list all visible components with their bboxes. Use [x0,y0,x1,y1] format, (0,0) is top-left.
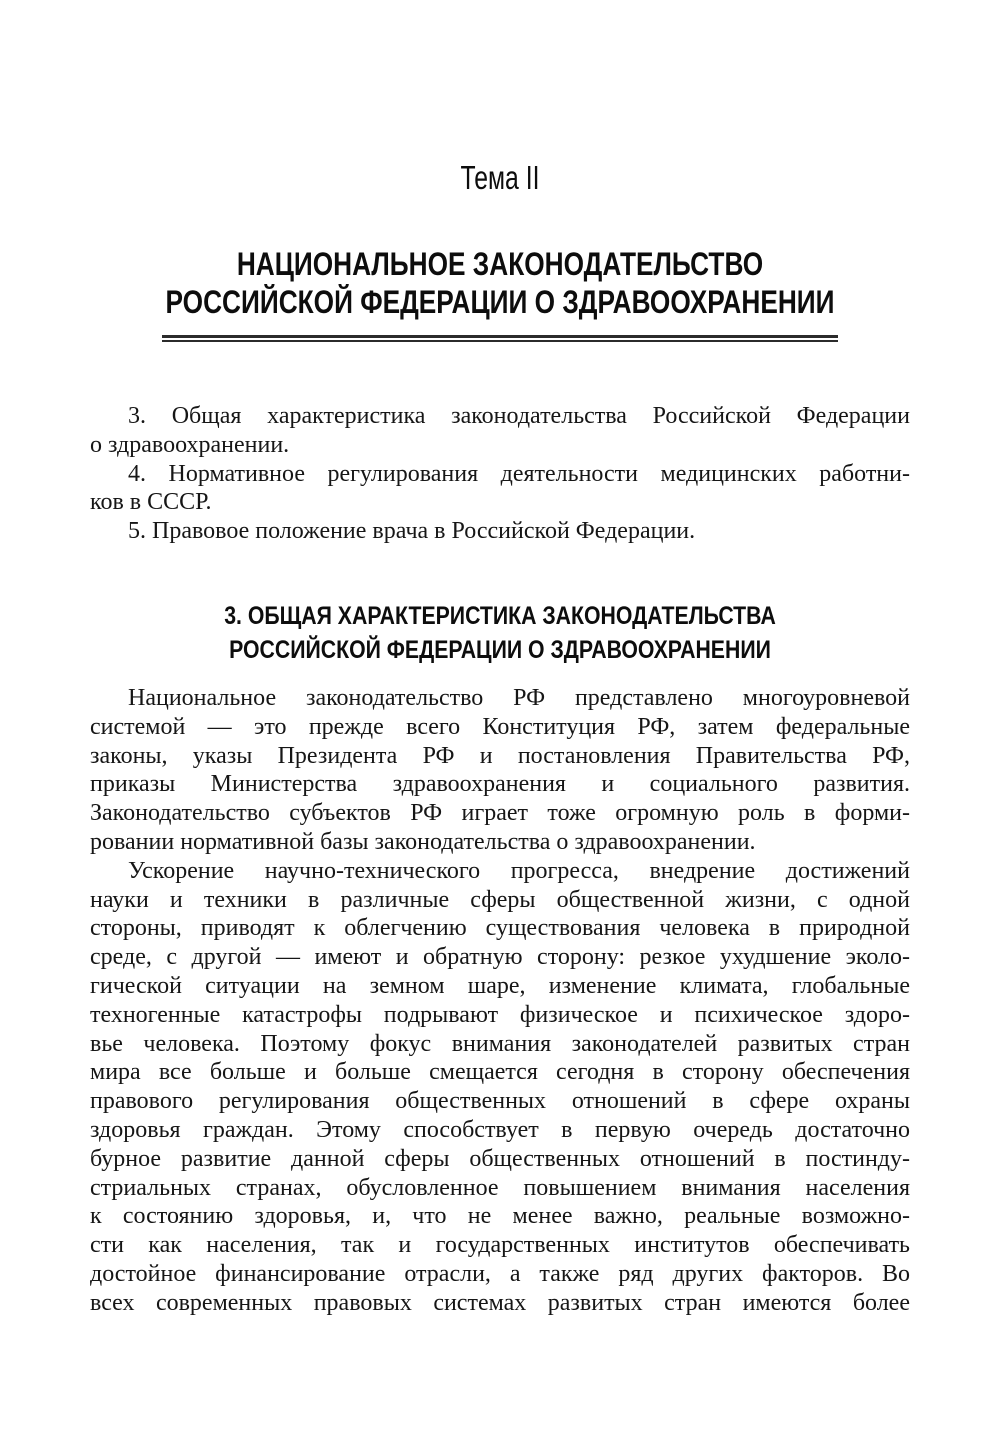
paragraph-line: достойное финансирование отрасли, а такж… [90,1260,910,1289]
book-page: Тема II НАЦИОНАЛЬНОЕ ЗАКОНОДАТЕЛЬСТВОРОС… [0,0,1000,1433]
section-heading-line: 3. ОБЩАЯ ХАРАКТЕРИСТИКА ЗАКОНОДАТЕЛЬСТВА [75,599,925,633]
paragraph-line: стриальных странах, обусловленное повыше… [90,1174,910,1203]
paragraph-line: мира все больше и больше смещается сегод… [90,1058,910,1087]
lecture-questions-list: 3. Общая характеристика законодательства… [90,402,910,546]
body-paragraphs: Национальное законодательство РФ предста… [90,684,910,1318]
paragraph-line: ровании нормативной базы законодательств… [90,828,910,857]
paragraph-line: законы, указы Президента РФ и постановле… [90,742,910,771]
chapter-title-line: РОССИЙСКОЙ ФЕДЕРАЦИИ О ЗДРАВООХРАНЕНИИ [90,283,910,321]
lecture-question-item: 5. Правовое положение врача в Российской… [90,517,910,546]
section-heading: 3. ОБЩАЯ ХАРАКТЕРИСТИКА ЗАКОНОДАТЕЛЬСТВА… [0,599,1000,667]
paragraph-line: Ускорение научно-технического прогресса,… [90,857,910,886]
paragraph-line: правового регулирования общественных отн… [90,1087,910,1116]
paragraph: Ускорение научно-технического прогресса,… [90,857,910,1318]
paragraph-line: стороны, приводят к облегчению существов… [90,914,910,943]
lecture-question-line: 4. Нормативное регулирования деятельност… [90,460,910,489]
title-divider-rule [162,335,838,342]
paragraph-line: техногенные катастрофы подрывают физичес… [90,1001,910,1030]
paragraph-line: среде, с другой — имеют и обратную сторо… [90,943,910,972]
paragraph-line: системой — это прежде всего Конституция … [90,713,910,742]
paragraph-line: к состоянию здоровья, и, что не менее ва… [90,1202,910,1231]
paragraph: Национальное законодательство РФ предста… [90,684,910,857]
paragraph-line: всех современных правовых системах разви… [90,1289,910,1318]
lecture-question-line: ков в СССР. [90,488,910,517]
lecture-question-item: 3. Общая характеристика законодательства… [90,402,910,460]
lecture-question-line: 5. Правовое положение врача в Российской… [90,517,910,546]
lecture-question-item: 4. Нормативное регулирования деятельност… [90,460,910,518]
paragraph-line: сти как населения, так и государственных… [90,1231,910,1260]
section-heading-line: РОССИЙСКОЙ ФЕДЕРАЦИИ О ЗДРАВООХРАНЕНИИ [75,633,925,667]
chapter-title-line: НАЦИОНАЛЬНОЕ ЗАКОНОДАТЕЛЬСТВО [90,245,910,283]
paragraph-line: Национальное законодательство РФ предста… [90,684,910,713]
paragraph-line: здоровья граждан. Этому способствует в п… [90,1116,910,1145]
lecture-question-line: 3. Общая характеристика законодательства… [90,402,910,431]
paragraph-line: науки и техники в различные сферы общест… [90,886,910,915]
paragraph-line: вье человека. Поэтому фокус внимания зак… [90,1030,910,1059]
lecture-question-line: о здравоохранении. [90,431,910,460]
paragraph-line: бурное развитие данной сферы общественны… [90,1145,910,1174]
chapter-kicker: Тема II [125,160,875,196]
paragraph-line: Законодательство субъектов РФ играет тож… [90,799,910,828]
paragraph-line: приказы Министерства здравоохранения и с… [90,770,910,799]
paragraph-line: гической ситуации на земном шаре, измене… [90,972,910,1001]
chapter-title: НАЦИОНАЛЬНОЕ ЗАКОНОДАТЕЛЬСТВОРОССИЙСКОЙ … [0,245,1000,321]
